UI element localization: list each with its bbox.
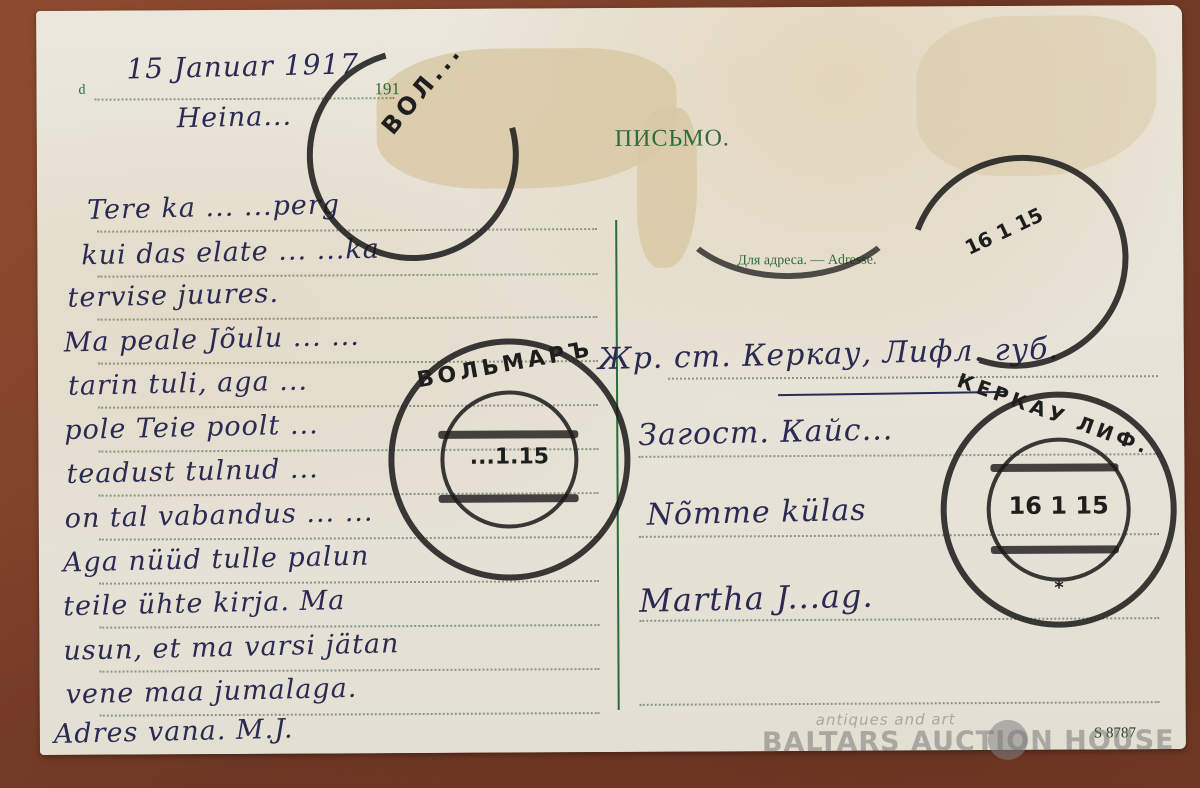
postmark-bar (990, 463, 1118, 472)
postmark-date: 16 1 15 (947, 491, 1171, 520)
message-line: teadust tulnud ... (66, 453, 319, 490)
address-line-rule (668, 375, 1158, 380)
postmark-partial-center-top (667, 116, 910, 279)
message-line-rule (99, 624, 599, 629)
postmark-town: ВОЛЬМАРЪ (415, 337, 595, 393)
message-line-rule (99, 580, 599, 585)
message-line: vene maa jumalaga. (65, 673, 357, 711)
postmark-series-mark: * (947, 577, 1171, 599)
message-line: Tere ka ... ...perg (87, 189, 341, 226)
postmark-date: ...1.15 (394, 444, 624, 470)
address-line: Martha J...ag. (639, 577, 874, 620)
message-line: Ma peale Jõulu ... ... (63, 321, 360, 359)
postmark-bar (991, 545, 1119, 554)
paper-damage-top-right (916, 15, 1157, 176)
postmark-right: 16 1 15 КЕРКАУ ЛИФ. * (940, 391, 1177, 628)
address-line: Загост. Кайс... (638, 412, 894, 453)
message-line: tarin tuli, aga ... (68, 365, 309, 401)
postmark-bar (438, 430, 578, 439)
message-line: Adres vana. M.J. (54, 714, 294, 750)
message-line: kui das elate ... ...ka (81, 234, 380, 272)
printed-date-prefix: d (78, 83, 85, 99)
message-line: pole Teie poolt ... (64, 409, 319, 446)
address-line-rule (640, 701, 1160, 706)
message-line: teile ühte kirja. Ma (63, 585, 346, 622)
postcard: d 191 ПИСЬМО. Для адреса. — Adresse. S 8… (36, 5, 1186, 755)
message-line: Aga nüüd tulle palun (63, 541, 370, 579)
address-line: Nõmme külas (646, 493, 867, 533)
postmark-town: ВОЛ... (376, 38, 468, 141)
postmark-left-center: ...1.15 ВОЛЬМАРЪ (388, 338, 631, 581)
watermark-title: BALTARS AUCTION HOUSE (762, 725, 1175, 758)
message-line: on tal vabandus ... ... (64, 497, 373, 535)
postmark-bar (439, 494, 579, 503)
message-line: tervise juures. (67, 278, 279, 314)
handwritten-date: 15 Januar 1917 (126, 47, 359, 85)
handwritten-place: Heina... (176, 101, 292, 135)
message-line-rule (97, 273, 597, 278)
message-line: usun, et ma varsi jätan (63, 628, 400, 667)
postmark-date: 16 1 15 (904, 175, 1104, 286)
